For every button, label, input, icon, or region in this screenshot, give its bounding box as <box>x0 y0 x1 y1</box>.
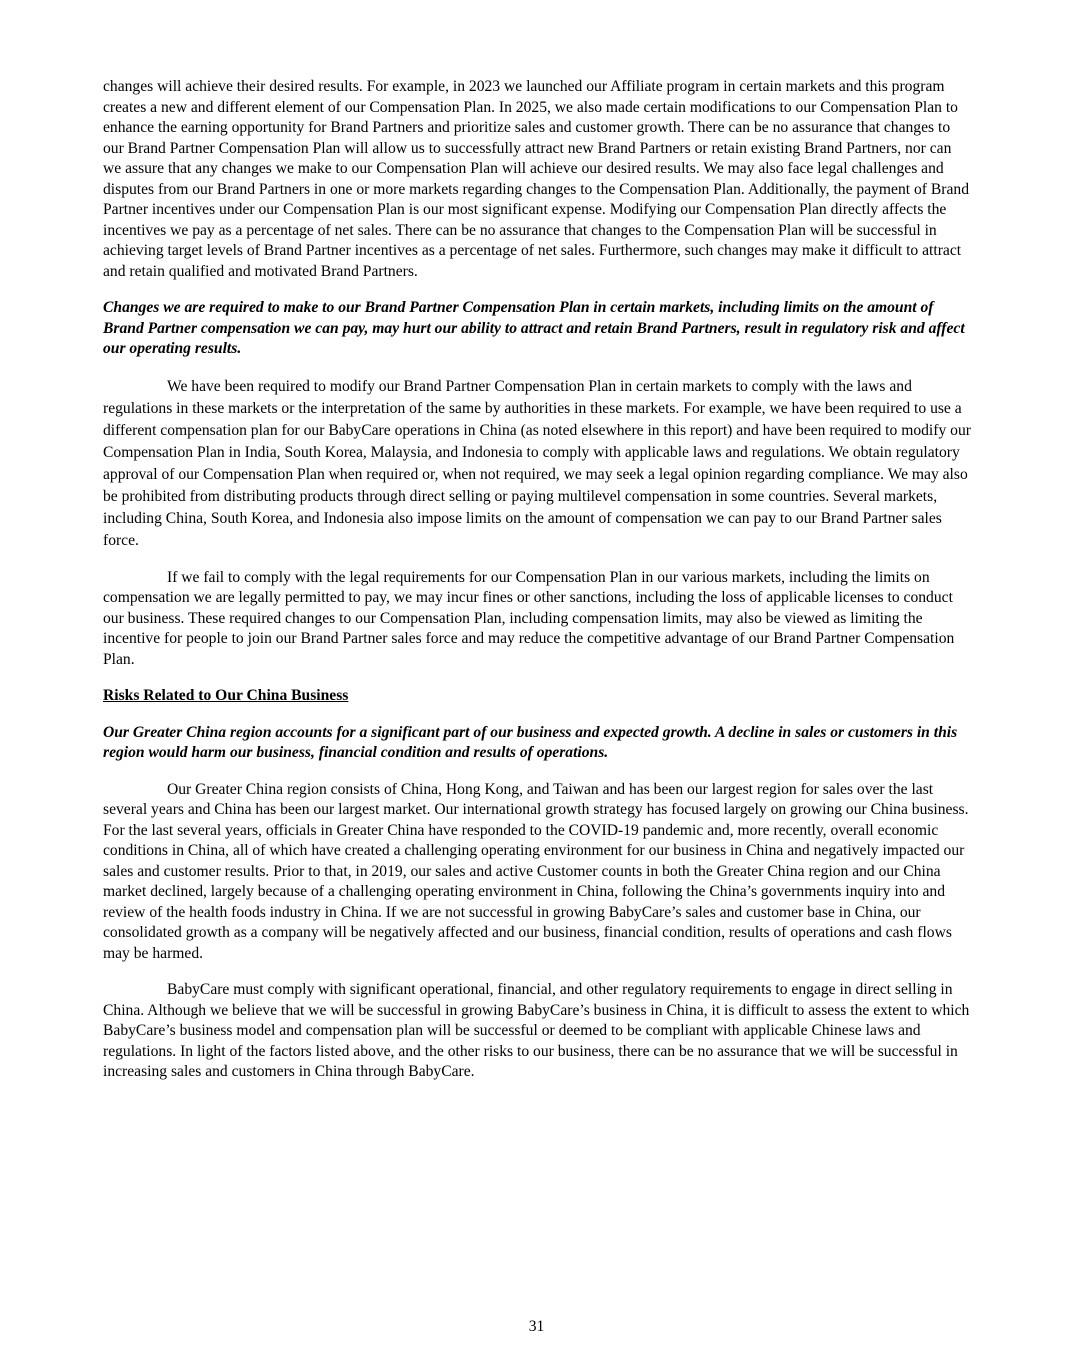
document-page: changes will achieve their desired resul… <box>103 77 973 1099</box>
risk-factor-heading: Our Greater China region accounts for a … <box>103 723 973 764</box>
body-paragraph: If we fail to comply with the legal requ… <box>103 568 973 671</box>
body-paragraph: changes will achieve their desired resul… <box>103 77 973 282</box>
section-heading: Risks Related to Our China Business <box>103 686 973 707</box>
risk-factor-heading: Changes we are required to make to our B… <box>103 298 973 360</box>
body-paragraph: We have been required to modify our Bran… <box>103 376 973 552</box>
body-paragraph: BabyCare must comply with significant op… <box>103 980 973 1083</box>
page-number: 31 <box>0 1318 1073 1336</box>
body-paragraph: Our Greater China region consists of Chi… <box>103 780 973 965</box>
